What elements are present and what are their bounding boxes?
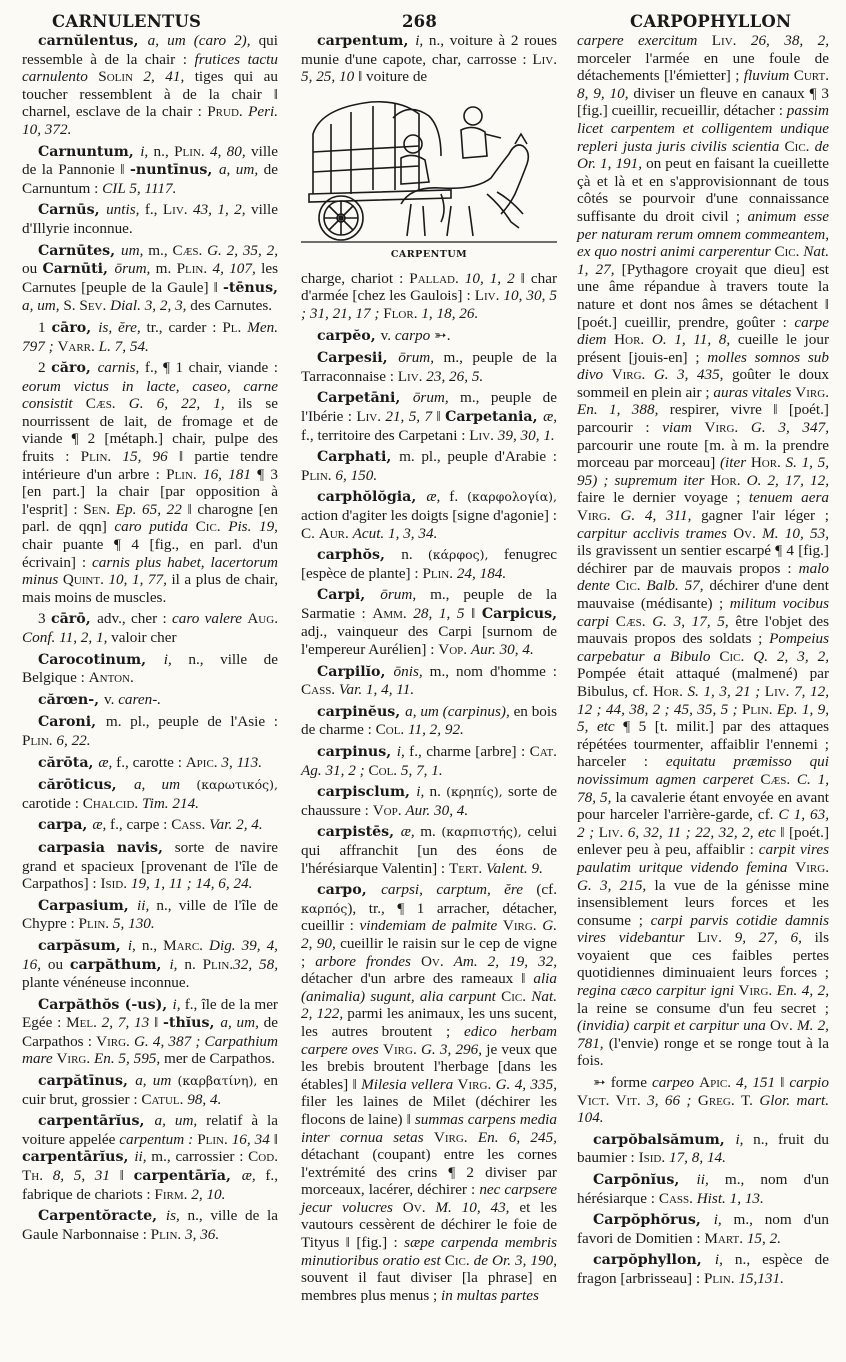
- text: n.,: [154, 143, 175, 160]
- dictionary-entry: charge, chariot : Pallad. 10, 1, 2 ‖ cha…: [301, 270, 557, 323]
- author-abbrev: Virg.: [383, 1041, 421, 1058]
- author-abbrev: Plin.: [177, 260, 213, 277]
- author-abbrev: Anton.: [89, 669, 134, 686]
- greek-text: (καρωτικός),: [196, 777, 278, 792]
- italic-text: 21, 5, 7: [385, 408, 436, 425]
- text: v.: [104, 691, 118, 708]
- author-abbrev: Prud.: [207, 103, 248, 120]
- author-abbrev: Cass.: [171, 816, 209, 833]
- text: f., carotte :: [116, 754, 186, 771]
- text: détacher d'un arbre des rameaux ‖: [301, 970, 533, 987]
- headword: Carnūs,: [38, 202, 106, 218]
- text: carotide :: [22, 795, 83, 812]
- italic-text: En. 1, 388,: [577, 401, 670, 418]
- text: S.: [63, 297, 79, 314]
- headword: cārō,: [51, 611, 97, 627]
- dictionary-entry: Carnuntum, i, n., Plin. 4, 80, ville de …: [22, 143, 278, 198]
- text: n.: [401, 546, 428, 563]
- author-abbrev: Virg.: [612, 366, 654, 383]
- dictionary-entry: carpasia navis, sorte de navire grand et…: [22, 839, 278, 893]
- text: tr., carder :: [147, 319, 223, 336]
- headword: Carpetāni,: [317, 390, 413, 406]
- author-abbrev: Ov.: [770, 1017, 797, 1034]
- italic-text: æ,: [92, 816, 110, 833]
- italic-text: 16, 181: [203, 466, 257, 483]
- text: n.,: [142, 937, 163, 954]
- italic-text: ii,: [134, 1148, 151, 1165]
- italic-text: ōrum,: [114, 260, 155, 277]
- italic-text: fluvium: [744, 67, 794, 84]
- author-abbrev: Plin.: [151, 1226, 185, 1243]
- author-abbrev: Plin.: [301, 467, 335, 484]
- headword: Carpŏphŏrus,: [593, 1212, 714, 1228]
- dictionary-entry: carpistēs, æ, m. (καρπιστής), celui qui …: [301, 823, 557, 877]
- italic-text: G. 4, 335,: [496, 1076, 557, 1093]
- dictionary-entry: Carpŏphŏrus, i, m., nom d'un favori de D…: [577, 1211, 829, 1247]
- headword: cărōta,: [38, 755, 98, 771]
- figure-caption: CARPENTUM: [301, 246, 557, 264]
- italic-text: 6, 150.: [335, 467, 377, 484]
- italic-text: i,: [164, 651, 189, 668]
- italic-text: G. 4, 311,: [620, 507, 701, 524]
- text: T.: [741, 1092, 759, 1109]
- headword: carpentum,: [317, 33, 415, 49]
- text: faire le dernier voyage ;: [577, 489, 749, 506]
- author-abbrev: Liv.: [765, 683, 794, 700]
- italic-text: i,: [397, 743, 409, 760]
- author-abbrev: Vop.: [438, 641, 471, 658]
- dictionary-entry: Carpasium, ii, n., ville de l'île de Chy…: [22, 897, 278, 933]
- text: f., carpe :: [110, 816, 171, 833]
- column-3: carpere exercitum Liv. 26, 38, 2, morcel…: [577, 32, 829, 1292]
- italic-text: 3, 113.: [221, 754, 262, 771]
- italic-text: Q. 2, 3, 2,: [753, 648, 829, 665]
- author-abbrev: Ov.: [733, 525, 762, 542]
- italic-text: ōrum,: [398, 349, 443, 366]
- italic-text: 32, 58,: [233, 956, 278, 973]
- author-abbrev: Sev.: [79, 297, 110, 314]
- italic-text: regina cæco carpitur igni: [577, 982, 739, 999]
- author-abbrev: Cic.: [616, 577, 647, 594]
- italic-text: G. 3, 347,: [751, 419, 829, 436]
- author-abbrev: Greg.: [698, 1092, 741, 1109]
- text: charge, chariot :: [301, 270, 409, 287]
- dictionary-entry: 3 cārō, adv., cher : caro valere Aug. Co…: [22, 610, 278, 646]
- dictionary-entry: Carphati, m. pl., peuple d'Arabie : Plin…: [301, 448, 557, 484]
- text: f., charme [arbre] :: [409, 743, 529, 760]
- italic-text: G. 3, 17, 5,: [652, 613, 735, 630]
- author-abbrev: Amm.: [372, 605, 413, 622]
- text: v.: [381, 327, 395, 344]
- author-abbrev: Liv.: [532, 51, 557, 68]
- headword: căro,: [51, 360, 97, 376]
- dictionary-entry: carphŏlŏgia, æ, f. (καρφολογία), action …: [301, 488, 557, 542]
- italic-text: 26, 38, 2,: [751, 32, 829, 49]
- author-abbrev: Plin.: [422, 565, 456, 582]
- author-abbrev: Virg.: [704, 419, 750, 436]
- text: m.: [420, 823, 441, 840]
- author-abbrev: Virg.: [56, 1050, 94, 1067]
- italic-text: 24, 184.: [457, 565, 506, 582]
- text: ‖: [154, 1014, 163, 1031]
- author-abbrev: Cæs.: [760, 771, 797, 788]
- author-abbrev: Cass.: [659, 1190, 697, 1207]
- carpentum-illustration: CARPENTUM: [301, 94, 557, 266]
- headword: carpŏphyllon,: [593, 1252, 715, 1268]
- italic-text: Ep. 65, 22: [116, 501, 188, 518]
- headword: Carpōnĭus,: [593, 1172, 697, 1188]
- greek-text: (καρβατίνη),: [177, 1073, 263, 1088]
- headword: carpăthum,: [70, 957, 170, 973]
- page-header: CARNULENTUS 268 CARPOPHYLLON: [0, 8, 846, 34]
- italic-text: Pis. 19,: [228, 518, 278, 535]
- italic-text: æ,: [543, 408, 557, 425]
- headword: carpinĕus,: [317, 704, 405, 720]
- headword: carpasia navis,: [38, 840, 175, 856]
- greek-text: (καρπιστής),: [441, 824, 527, 839]
- author-abbrev: Plin.: [742, 701, 777, 718]
- author-abbrev: Tert.: [449, 860, 486, 877]
- italic-text: 2, 7, 13: [102, 1014, 154, 1031]
- italic-text: i,: [128, 937, 142, 954]
- italic-text: ōrum,: [413, 389, 460, 406]
- author-abbrev: Sen.: [83, 501, 116, 518]
- dictionary-entry: 2 căro, carnis, f., ¶ 1 chair, viande : …: [22, 359, 278, 606]
- headword: carpinus,: [317, 744, 397, 760]
- author-abbrev: Virg.: [577, 507, 620, 524]
- text: f.: [449, 488, 467, 505]
- dictionary-entry: Carnūs, untis, f., Liv. 43, 1, 2, ville …: [22, 201, 278, 237]
- dictionary-entry: Carpetāni, ōrum, m., peuple de l'Ibérie …: [301, 389, 557, 444]
- headword: carpŏbalsămum,: [593, 1132, 735, 1148]
- italic-text: 4, 151: [736, 1074, 780, 1091]
- italic-text: S. 1, 3, 21 ;: [687, 683, 764, 700]
- italic-text: caren-.: [118, 691, 161, 708]
- headword: Carpăthŏs (-us),: [38, 997, 173, 1013]
- italic-text: 15, 2.: [747, 1230, 781, 1247]
- author-abbrev: Plin.: [203, 956, 234, 973]
- author-abbrev: Aur.: [319, 525, 353, 542]
- greek-text: καρπός: [301, 901, 347, 916]
- text: ‖: [780, 1074, 789, 1091]
- headword: Carnuntum,: [38, 144, 140, 160]
- italic-text: carpio: [789, 1074, 829, 1091]
- greek-text: (κάρφος),: [428, 547, 504, 562]
- carpentum-illustration-icon: [301, 94, 557, 244]
- text: f.,: [145, 201, 163, 218]
- italic-text: 19, 1, 11 ; 14, 6, 24.: [131, 875, 253, 892]
- author-abbrev: Cic.: [445, 1252, 474, 1269]
- italic-text: 4, 80,: [210, 143, 251, 160]
- dictionary-entry: carpentārĭus, a, um, relatif à la voitur…: [22, 1112, 278, 1203]
- italic-text: viam: [662, 419, 704, 436]
- italic-text: tenuem aera: [749, 489, 829, 506]
- dictionary-entry: carnŭlentus, a, um (caro 2), qui ressemb…: [22, 32, 278, 139]
- headword: carpentārĭus,: [38, 1113, 155, 1129]
- author-abbrev: Ov.: [403, 1199, 436, 1216]
- headword: -tēnus,: [223, 280, 278, 296]
- italic-text: i,: [735, 1131, 753, 1148]
- text: adv., cher :: [97, 610, 172, 627]
- italic-text: Ag. 31, 2 ;: [301, 762, 369, 779]
- dictionary-entry: carpinus, i, f., charme [arbre] : Cat. A…: [301, 743, 557, 779]
- italic-text: 8, 5, 31: [53, 1167, 120, 1184]
- author-abbrev: Flor.: [383, 305, 421, 322]
- italic-text: Acut. 1, 3, 34.: [353, 525, 438, 542]
- text: ou: [22, 260, 43, 277]
- headword: Caroni,: [38, 714, 106, 730]
- text: ou: [48, 956, 70, 973]
- italic-text: Aur. 30, 4.: [471, 641, 534, 658]
- headword: carphŏs,: [317, 547, 401, 563]
- italic-text: (iter: [720, 454, 751, 471]
- italic-text: i,: [140, 143, 153, 160]
- italic-text: M. 10, 53,: [762, 525, 829, 542]
- headword: carpa,: [38, 817, 92, 833]
- author-abbrev: Virg.: [795, 859, 829, 876]
- text: m.,: [148, 242, 172, 259]
- headword: Carphati,: [317, 449, 399, 465]
- italic-text: a, um (carpinus),: [405, 703, 513, 720]
- italic-text: Milesia vellera: [361, 1076, 457, 1093]
- dictionary-entry: cărōticus, a, um (καρωτικός), carotide :…: [22, 776, 278, 812]
- dictionary-entry: cărōta, æ, f., carotte : Apic. 3, 113.: [22, 754, 278, 773]
- text: gagner l'air léger ;: [701, 507, 829, 524]
- italic-text: ōnis,: [394, 663, 430, 680]
- italic-text: 43, 1, 2,: [193, 201, 251, 218]
- text: m., carrossier :: [151, 1148, 248, 1165]
- text: la reine se consume d'un feu secret ;: [577, 1000, 829, 1017]
- italic-text: um,: [121, 242, 148, 259]
- author-abbrev: Marc.: [163, 937, 209, 954]
- running-head-right: CARPOPHYLLON: [630, 12, 791, 31]
- author-abbrev: Virg.: [739, 982, 777, 999]
- author-abbrev: Plin.: [79, 915, 113, 932]
- author-abbrev: Varr.: [57, 338, 98, 355]
- headword: Carpi,: [317, 587, 380, 603]
- italic-text: G. 3, 215,: [577, 877, 654, 894]
- headword: Carocotinum,: [38, 652, 164, 668]
- italic-text: ii,: [137, 897, 156, 914]
- text: 2: [38, 359, 51, 376]
- author-abbrev: Col.: [376, 721, 408, 738]
- text: plante vénéneuse inconnue.: [22, 974, 189, 991]
- headword: carpisclum,: [317, 784, 416, 800]
- italic-text: Am. 2, 19, 32,: [454, 953, 557, 970]
- italic-text: 6, 22.: [56, 732, 90, 749]
- italic-text: æ,: [98, 754, 116, 771]
- author-abbrev: Liv.: [712, 32, 751, 49]
- italic-text: 2, 10.: [191, 1186, 225, 1203]
- author-abbrev: Vop.: [373, 802, 406, 819]
- author-abbrev: Cæs.: [172, 242, 207, 259]
- headword: Carnūtes,: [38, 243, 121, 259]
- italic-text: G. 2, 35, 2,: [207, 242, 278, 259]
- dictionary-entry: Carpăthŏs (-us), i, f., île de la mer Eg…: [22, 996, 278, 1068]
- author-abbrev: Virg.: [795, 384, 829, 401]
- dictionary-entry: Carpentŏracte, is, n., ville de la Gaule…: [22, 1207, 278, 1243]
- italic-text: O. 2, 17, 12,: [747, 472, 829, 489]
- italic-text: 8, 9, 10,: [577, 85, 633, 102]
- author-abbrev: Liv.: [599, 824, 628, 841]
- text: 3: [38, 610, 51, 627]
- italic-text: a, um,: [219, 161, 264, 178]
- italic-text: 10, 1, 77,: [108, 571, 171, 588]
- italic-text: carpitur acclivis trames: [577, 525, 733, 542]
- italic-text: caro putida: [114, 518, 195, 535]
- italic-text: 28, 1, 5: [413, 605, 471, 622]
- author-abbrev: Liv.: [697, 929, 734, 946]
- headword: Carpentŏracte,: [38, 1208, 166, 1224]
- text: m. pl., peuple d'Arabie :: [399, 448, 557, 465]
- text: ➳.: [434, 327, 451, 344]
- text: (cf.: [536, 881, 557, 898]
- italic-text: L. 7, 54.: [99, 338, 149, 355]
- dictionary-entry: carpisclum, i, n. (κρηπίς), sorte de cha…: [301, 783, 557, 819]
- column-1: carnŭlentus, a, um (caro 2), qui ressemb…: [22, 32, 278, 1247]
- author-abbrev: Cic.: [785, 138, 815, 155]
- italic-text: En. 4, 2,: [777, 982, 829, 999]
- author-abbrev: Isid.: [639, 1149, 669, 1166]
- italic-text: de Or. 3, 190,: [474, 1252, 557, 1269]
- italic-text: 15, 96: [122, 448, 179, 465]
- italic-text: 10, 1, 2: [465, 270, 521, 287]
- author-abbrev: Liv.: [469, 427, 497, 444]
- italic-text: 39, 30, 1.: [498, 427, 555, 444]
- italic-text: En. 6, 245,: [478, 1129, 557, 1146]
- author-abbrev: Virg.: [96, 1033, 134, 1050]
- italic-text: 15,131.: [738, 1270, 784, 1287]
- headword: Carpesii,: [317, 350, 398, 366]
- italic-text: is,: [166, 1207, 188, 1224]
- italic-text: Balb. 57,: [646, 577, 709, 594]
- text: n.: [184, 956, 202, 973]
- text: 1: [38, 319, 51, 336]
- author-abbrev: Firm.: [154, 1186, 191, 1203]
- italic-text: G. 3, 296,: [421, 1041, 486, 1058]
- italic-text: Var. 2, 4.: [209, 816, 263, 833]
- text: ‖: [120, 1167, 134, 1184]
- headword: Carpilĭo,: [317, 664, 394, 680]
- author-abbrev: Liv.: [398, 368, 426, 385]
- headword: cărōticus,: [38, 777, 134, 793]
- italic-text: is, ĕre,: [98, 319, 146, 336]
- author-abbrev: Hor.: [751, 454, 786, 471]
- headword: carpătīnus,: [38, 1073, 135, 1089]
- italic-text: æ,: [401, 823, 420, 840]
- italic-text: En. 5, 595,: [94, 1050, 164, 1067]
- author-abbrev: Liv.: [475, 287, 504, 304]
- italic-text: æ,: [426, 488, 449, 505]
- italic-text: caro valere: [172, 610, 247, 627]
- italic-text: i,: [415, 32, 429, 49]
- column-2: carpentum, i, n., voiture à 2 roues muni…: [301, 32, 557, 1308]
- greek-text: (καρφολογία),: [467, 489, 557, 504]
- author-abbrev: Cic.: [196, 518, 229, 535]
- text: n.: [429, 783, 446, 800]
- headword: Carpasium,: [38, 898, 137, 914]
- italic-text: 16, 34: [232, 1131, 274, 1148]
- headword: carpentārĭus,: [22, 1149, 134, 1165]
- author-abbrev: Liv.: [163, 201, 193, 218]
- author-abbrev: Isid.: [100, 875, 130, 892]
- italic-text: in multas partes: [441, 1287, 539, 1304]
- headword: carpo,: [317, 882, 381, 898]
- dictionary-entry: Carpilĭo, ōnis, m., nom d'homme : Cass. …: [301, 663, 557, 699]
- author-abbrev: Aug.: [247, 610, 278, 627]
- headword: -thĭus,: [163, 1015, 220, 1031]
- dictionary-entry: Caroni, m. pl., peuple de l'Asie : Plin.…: [22, 713, 278, 749]
- author-abbrev: Mel.: [66, 1014, 102, 1031]
- italic-text: Dial. 3, 2, 3,: [110, 297, 190, 314]
- author-abbrev: Plin.: [166, 466, 203, 483]
- author-abbrev: Pallad.: [409, 270, 464, 287]
- italic-text: carpsi, carptum, ĕre: [381, 881, 536, 898]
- italic-text: i,: [173, 996, 185, 1013]
- author-abbrev: Apic.: [186, 754, 222, 771]
- text: f., ¶ 1 chair, viande :: [145, 359, 278, 376]
- headword: carnŭlentus,: [38, 33, 148, 49]
- author-abbrev: Vict. Vit.: [577, 1092, 647, 1109]
- author-abbrev: Plin.: [174, 143, 210, 160]
- italic-text: Hist. 1, 13.: [697, 1190, 764, 1207]
- dictionary-entry: Carpōnĭus, ii, m., nom d'un hérésiarque …: [577, 1171, 829, 1207]
- italic-text: 98, 4.: [187, 1091, 221, 1108]
- author-abbrev: Catul.: [141, 1091, 187, 1108]
- italic-text: 9, 27, 6,: [735, 929, 815, 946]
- author-abbrev: Apic.: [699, 1074, 736, 1091]
- italic-text: 6, 32, 11 ; 22, 32, 2, etc: [628, 824, 780, 841]
- text: ➳ forme: [593, 1074, 652, 1091]
- italic-text: Aur. 30, 4.: [405, 802, 468, 819]
- italic-text: 1, 18, 26.: [421, 305, 478, 322]
- dictionary-entry: Carpi, ōrum, m., peuple de la Sarmatie :…: [301, 586, 557, 658]
- italic-text: carpentum :: [119, 1131, 197, 1148]
- author-abbrev: Plin.: [81, 448, 123, 465]
- italic-text: a, um: [134, 776, 196, 793]
- italic-text: i,: [169, 956, 184, 973]
- dictionary-entry: carpătīnus, a, um (καρβατίνη), en cuir b…: [22, 1072, 278, 1108]
- text: m., nom d'homme :: [430, 663, 557, 680]
- text: des Carnutes.: [190, 297, 272, 314]
- author-abbrev: Hor.: [653, 683, 688, 700]
- author-abbrev: Solin: [98, 68, 143, 85]
- dictionary-entry: carpere exercitum Liv. 26, 38, 2, morcel…: [577, 32, 829, 1070]
- italic-text: ii,: [697, 1171, 725, 1188]
- italic-text: 5, 130.: [113, 915, 155, 932]
- italic-text: G. 3, 435,: [654, 366, 732, 383]
- italic-text: carpeo: [652, 1074, 699, 1091]
- headword: -nuntīnus,: [130, 162, 219, 178]
- author-abbrev: Quint.: [63, 571, 109, 588]
- headword: carpentārĭa,: [134, 1168, 242, 1184]
- running-head-left: CARNULENTUS: [52, 12, 201, 31]
- greek-text: (κρηπίς),: [446, 784, 508, 799]
- italic-text: i,: [714, 1211, 734, 1228]
- italic-text: 3, 66 ;: [647, 1092, 698, 1109]
- italic-text: Var. 1, 4, 11.: [339, 681, 414, 698]
- author-abbrev: Hor.: [614, 331, 652, 348]
- author-abbrev: Virg.: [458, 1076, 496, 1093]
- text: m. pl., peuple de l'Asie :: [106, 713, 278, 730]
- author-abbrev: Cass.: [301, 681, 339, 698]
- dictionary-entry: cărœn-, v. caren-.: [22, 691, 278, 710]
- author-abbrev: Cic.: [501, 988, 531, 1005]
- dictionary-entry: carphŏs, n. (κάρφος), fenugrec [espèce d…: [301, 546, 557, 582]
- headword: cărœn-,: [38, 692, 104, 708]
- italic-text: (invidia) carpit et carpitur una: [577, 1017, 770, 1034]
- author-abbrev: Cæs.: [86, 395, 129, 412]
